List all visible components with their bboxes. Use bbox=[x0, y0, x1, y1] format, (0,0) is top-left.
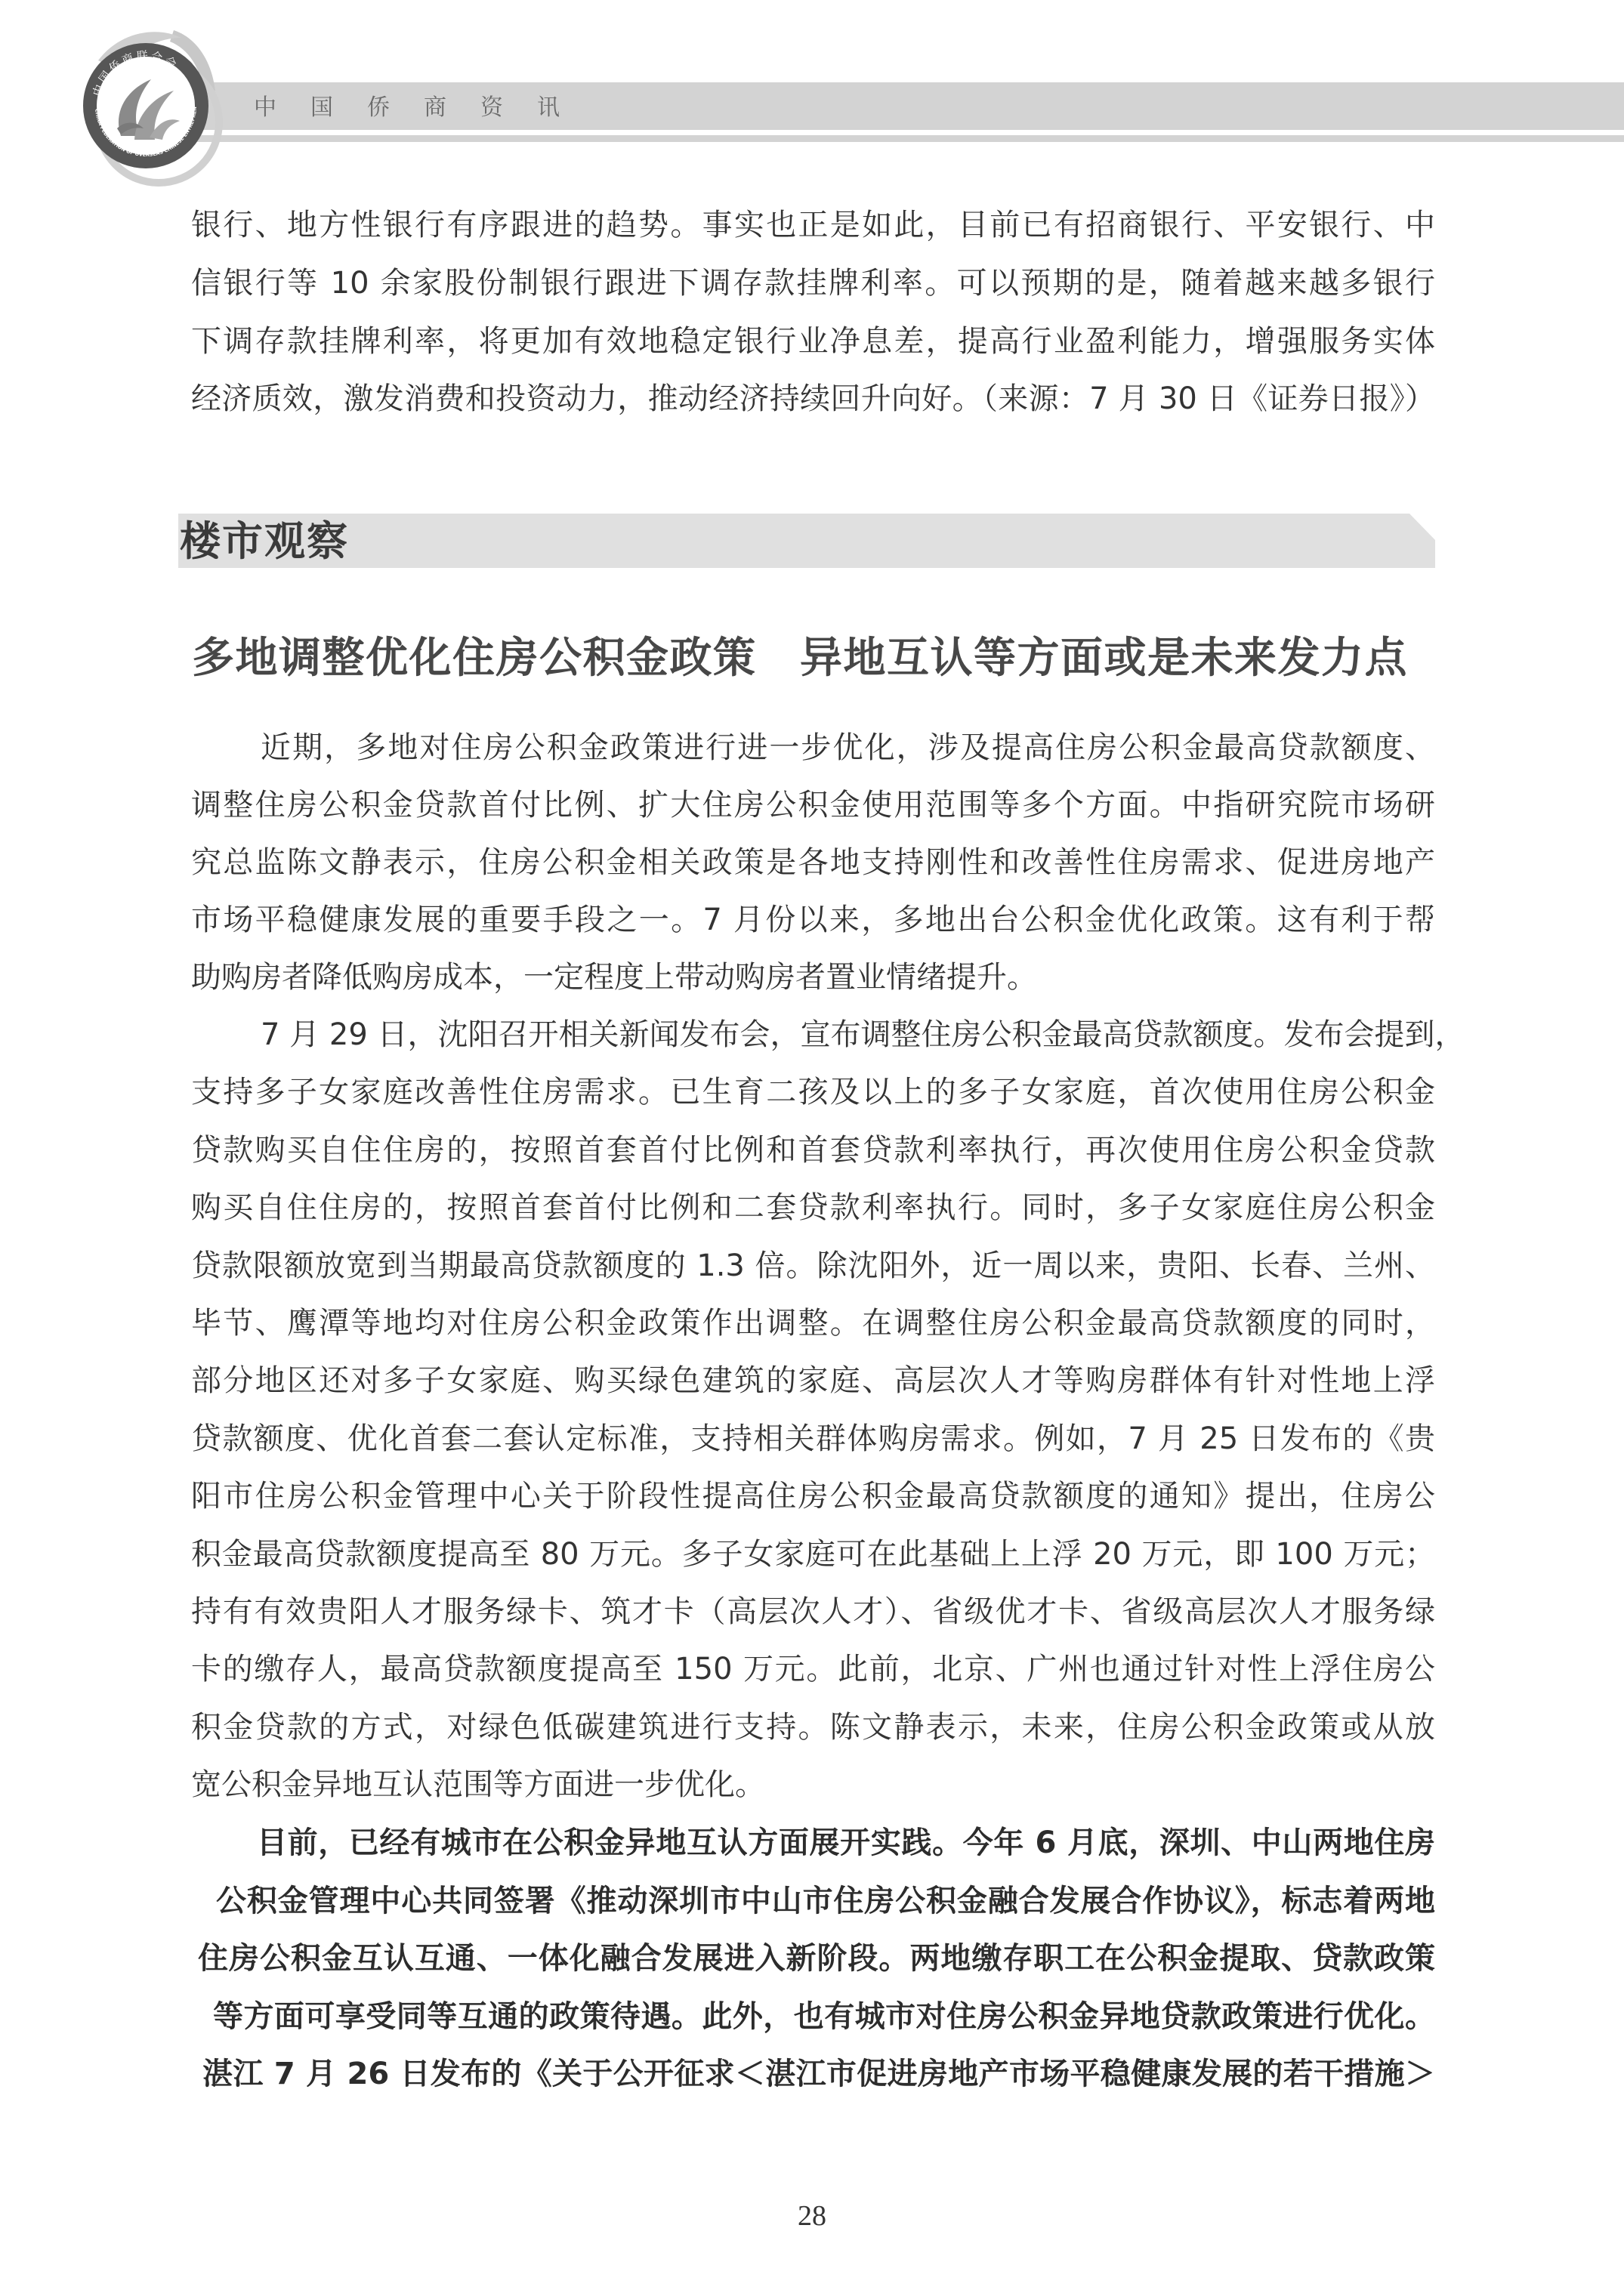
body-line: 目前，已经有城市在公积金异地互认方面展开实践。今年 6 月底，深圳、中山两地住房 bbox=[257, 1820, 1435, 1866]
section-heading-bar bbox=[178, 514, 1435, 568]
body-line: 宽公积金异地互认范围等方面进一步优化。 bbox=[191, 1762, 1435, 1807]
body-line: 贷款额度、优化首套二套认定标准，支持相关群体购房需求。例如，7 月 25 日发布… bbox=[191, 1416, 1435, 1461]
publication-title-char: 资 bbox=[480, 89, 537, 127]
body-line: 卡的缴存人，最高贷款额度提高至 150 万元。此前，北京、广州也通过针对性上浮住… bbox=[191, 1646, 1435, 1692]
body-line: 调整住房公积金贷款首付比例、扩大住房公积金使用范围等多个方面。中指研究院市场研 bbox=[191, 782, 1435, 828]
publication-title-char: 讯 bbox=[537, 89, 594, 127]
body-line: 湛江 7 月 26 日发布的《关于公开征求＜湛江市促进房地产市场平稳健康发展的若… bbox=[202, 2051, 1435, 2097]
body-line: 贷款限额放宽到当期最高贷款额度的 1.3 倍。除沈阳外，近一周以来，贵阳、长春、… bbox=[191, 1243, 1435, 1288]
body-line: 公积金管理中心共同签署《推动深圳市中山市住房公积金融合发展合作协议》，标志着两地 bbox=[216, 1878, 1435, 1924]
body-line: 究总监陈文静表示，住房公积金相关政策是各地支持刚性和改善性住房需求、促进房地产 bbox=[191, 840, 1435, 885]
body-line: 银行、地方性银行有序跟进的趋势。事实也正是如此，目前已有招商银行、平安银行、中 bbox=[191, 202, 1435, 248]
federation-logo-icon: 中国侨商联合会 CHINA FEDERATION OF OVERSEAS CHI… bbox=[60, 8, 242, 189]
article-title: 多地调整优化住房公积金政策 异地互认等方面或是未来发力点 bbox=[192, 631, 1437, 686]
body-line: 支持多子女家庭改善性住房需求。已生育二孩及以上的多子女家庭，首次使用住房公积金 bbox=[191, 1069, 1435, 1115]
body-line: 贷款购买自住住房的，按照首套首付比例和首套贷款利率执行，再次使用住房公积金贷款 bbox=[191, 1128, 1435, 1173]
publication-title-char: 侨 bbox=[367, 89, 424, 127]
body-line: 经济质效，激发消费和投资动力，推动经济持续回升向好。（来源：7 月 30 日《证… bbox=[191, 376, 1435, 421]
body-line: 等方面可享受同等互通的政策待遇。此外，也有城市对住房公积金异地贷款政策进行优化。 bbox=[213, 1994, 1435, 2039]
body-line: 积金最高贷款额度提高至 80 万元。多子女家庭可在此基础上上浮 20 万元，即 … bbox=[191, 1532, 1435, 1577]
body-line: 近期，多地对住房公积金政策进行进一步优化，涉及提高住房公积金最高贷款额度、 bbox=[261, 725, 1435, 770]
body-line: 信银行等 10 余家股份制银行跟进下调存款挂牌利率。可以预期的是，随着越来越多银… bbox=[191, 261, 1435, 306]
body-line: 下调存款挂牌利率，将更加有效地稳定银行业净息差，提高行业盈利能力，增强服务实体 bbox=[191, 319, 1435, 364]
body-line: 购买自住住房的，按照首套首付比例和二套贷款利率执行。同时，多子女家庭住房公积金 bbox=[191, 1185, 1435, 1230]
body-line: 市场平稳健康发展的重要手段之一。7 月份以来，多地出台公积金优化政策。这有利于帮 bbox=[191, 897, 1435, 943]
publication-title-char: 国 bbox=[310, 89, 367, 127]
body-line: 助购房者降低购房成本，一定程度上带动购房者置业情绪提升。 bbox=[191, 955, 1435, 1000]
page-number: 28 bbox=[789, 2199, 835, 2233]
body-line: 持有有效贵阳人才服务绿卡、筑才卡（高层次人才）、省级优才卡、省级高层次人才服务绿 bbox=[191, 1589, 1435, 1634]
body-line: 部分地区还对多子女家庭、购买绿色建筑的家庭、高层次人才等购房群体有针对性地上浮 bbox=[191, 1358, 1435, 1403]
publication-title: 中 国 侨 商 资 讯 bbox=[254, 89, 594, 127]
publication-title-char: 中 bbox=[254, 89, 310, 127]
header-stripe bbox=[189, 135, 1624, 142]
body-line: 7 月 29 日，沈阳召开相关新闻发布会，宣布调整住房公积金最高贷款额度。发布会… bbox=[261, 1012, 1435, 1057]
body-line: 阳市住房公积金管理中心关于阶段性提高住房公积金最高贷款额度的通知》提出，住房公 bbox=[191, 1474, 1435, 1519]
body-line: 住房公积金互认互通、一体化融合发展进入新阶段。两地缴存职工在公积金提取、贷款政策 bbox=[198, 1936, 1435, 1981]
body-line: 积金贷款的方式，对绿色低碳建筑进行支持。陈文静表示，未来，住房公积金政策或从放 bbox=[191, 1705, 1435, 1750]
section-title: 楼市观察 bbox=[180, 514, 349, 567]
publication-title-char: 商 bbox=[424, 89, 480, 127]
body-line: 毕节、鹰潭等地均对住房公积金政策作出调整。在调整住房公积金最高贷款额度的同时， bbox=[191, 1301, 1435, 1346]
